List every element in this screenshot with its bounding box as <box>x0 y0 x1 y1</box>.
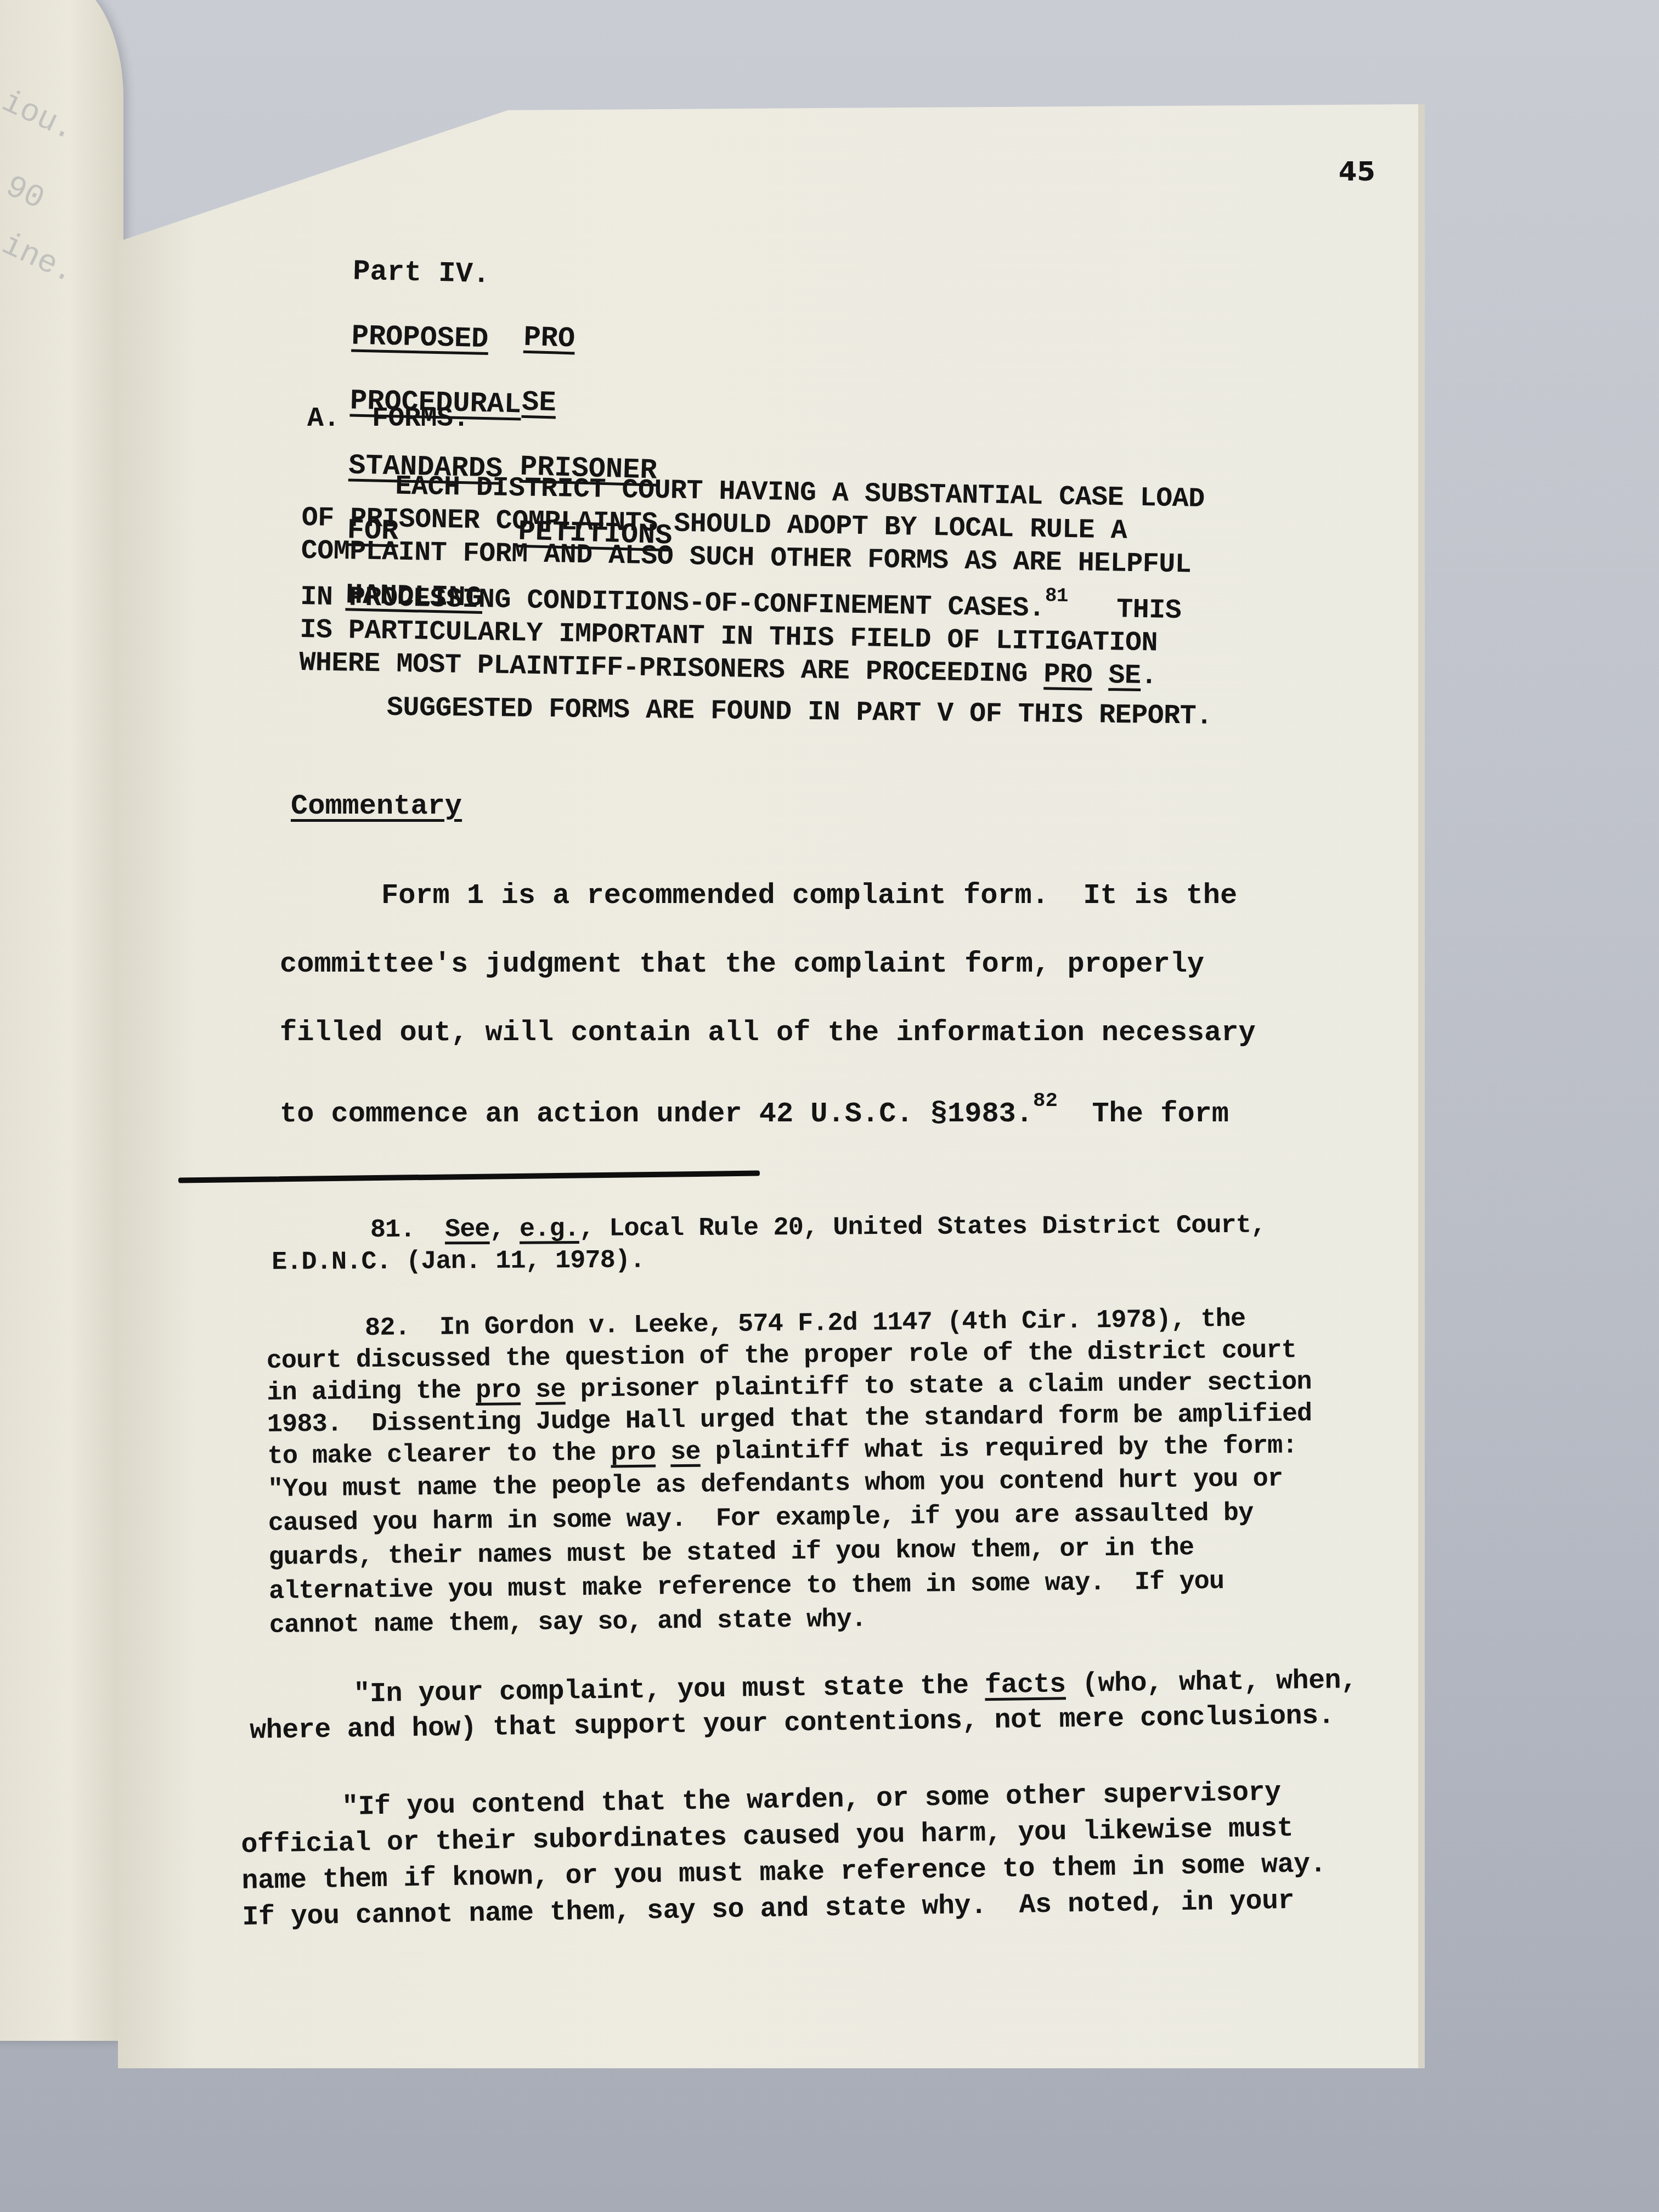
part-label: Part IV. <box>353 255 490 291</box>
heading-word: SE <box>521 386 556 420</box>
footnote-line: 81. See, e.g., Local Rule 20, United Sta… <box>370 1210 1266 1247</box>
commentary-line: filled out, will contain all of the info… <box>280 998 1256 1067</box>
commentary-line: to commence an action under 42 U.S.C. §1… <box>280 1067 1256 1148</box>
footnote-82: 82. In Gordon v. Leeke, 574 F.2d 1147 (4… <box>266 1303 1314 1643</box>
standard-block: EACH DISTRICT COURT HAVING A SUBSTANTIAL… <box>299 469 1193 693</box>
heading-word: PRO <box>523 321 575 356</box>
footnote-line: E.D.N.C. (Jan. 11, 1978). <box>272 1242 1167 1279</box>
page-number: 45 <box>1339 156 1375 187</box>
commentary-line: Form 1 is a recommended complaint form. … <box>381 861 1357 930</box>
footnote-ref-82[interactable]: 82 <box>1033 1090 1058 1113</box>
footnote-ref-81[interactable]: 81 <box>1045 584 1068 607</box>
bleed-through-text: 90 <box>0 169 49 217</box>
heading-word: PROPOSED <box>351 320 489 356</box>
commentary-line: committee's judgment that the complaint … <box>280 930 1256 998</box>
facing-page-curl: iou. 90 ine. <box>0 0 123 2041</box>
commentary-body: Form 1 is a recommended complaint form. … <box>280 861 1256 1148</box>
section-label: A. FORMS. <box>307 403 469 435</box>
quote-supervisory: "If you contend that the warden, or some… <box>240 1774 1327 1936</box>
commentary-heading: Commentary <box>291 790 462 822</box>
footnote-81: 81. See, e.g., Local Rule 20, United Sta… <box>272 1210 1167 1279</box>
bleed-through-text: iou. <box>0 84 80 149</box>
bleed-through-text: ine. <box>0 227 80 292</box>
